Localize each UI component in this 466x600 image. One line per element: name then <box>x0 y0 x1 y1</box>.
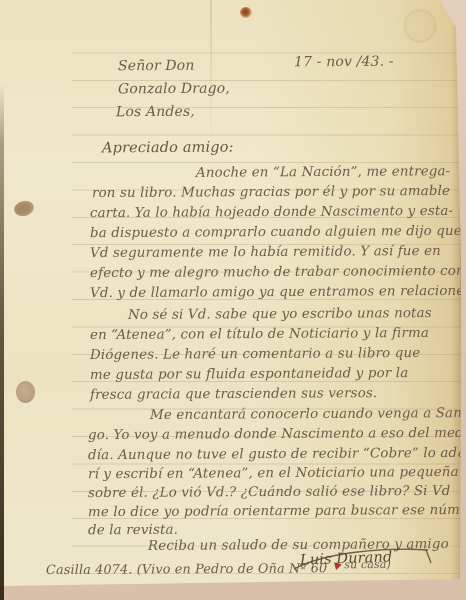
punch-hole-bottom <box>16 381 35 403</box>
handwritten-line: Vd. y de llamarlo amigo ya que entramos … <box>90 284 466 301</box>
postscript-note: su casa) <box>344 558 391 571</box>
handwritten-line: go. Yo voy a menudo donde Nascimento a e… <box>88 426 466 443</box>
postscript: Casilla 4074. (Vivo en Pedro de Oña Nº 6… <box>46 561 391 578</box>
handwritten-line: en “Atenea”, con el título de Noticiario… <box>90 326 429 343</box>
salutation: Apreciado amigo: <box>102 140 234 157</box>
red-insertion-mark-icon <box>333 562 343 571</box>
handwritten-line: sobre él. ¿Lo vió Vd.? ¿Cuándo salió ese… <box>88 484 451 501</box>
punch-hole-top <box>12 199 35 218</box>
letter-page: 17 - nov /43. - Señor Don Gonzalo Drago,… <box>0 0 466 600</box>
handwritten-line: Vd seguramente me lo había remitido. Y a… <box>90 244 441 261</box>
rust-stain <box>240 7 252 18</box>
handwritten-line: Diógenes. Le haré un comentario a su lib… <box>90 346 420 363</box>
handwritten-line: No sé si Vd. sabe que yo escribo unas no… <box>128 306 432 323</box>
handwritten-line: Anoche en “La Nación”, me entrega- <box>196 164 450 181</box>
handwritten-line: ba dispuesto a comprarlo cuando alguien … <box>90 224 462 241</box>
binding-edge <box>0 0 4 600</box>
recipient-line: Gonzalo Drago, <box>118 81 230 98</box>
handwritten-line: fresca gracia que trascienden sus versos… <box>90 386 377 403</box>
letter-date: 17 - nov /43. - <box>294 54 394 71</box>
water-stain <box>403 9 437 43</box>
handwritten-line: carta. Ya lo había hojeado donde Nascime… <box>90 204 453 221</box>
handwritten-line: ron su libro. Muchas gracias por él y po… <box>92 184 450 201</box>
fold-crease <box>210 0 212 150</box>
handwritten-line: Me encantará conocerlo cuando venga a Sa… <box>150 406 466 423</box>
letter-scan: 17 - nov /43. - Señor Don Gonzalo Drago,… <box>0 0 466 600</box>
handwritten-line: me lo dice yo podría orientarme para bus… <box>88 503 466 520</box>
recipient-line: Los Andes, <box>116 104 195 120</box>
postscript-address: Casilla 4074. (Vivo en Pedro de Oña Nº 6… <box>46 561 327 578</box>
handwritten-line: me gusta por su fluida espontaneidad y p… <box>90 366 408 383</box>
handwritten-line: de la revista. <box>88 523 178 539</box>
recipient-line: Señor Don <box>118 58 195 74</box>
handwritten-line: efecto y me alegro mucho de trabar conoc… <box>90 264 465 281</box>
handwritten-line: día. Aunque no tuve el gusto de recibir … <box>88 446 466 463</box>
handwritten-line: rí y escribí en “Atenea”, en el Noticiar… <box>88 465 466 482</box>
